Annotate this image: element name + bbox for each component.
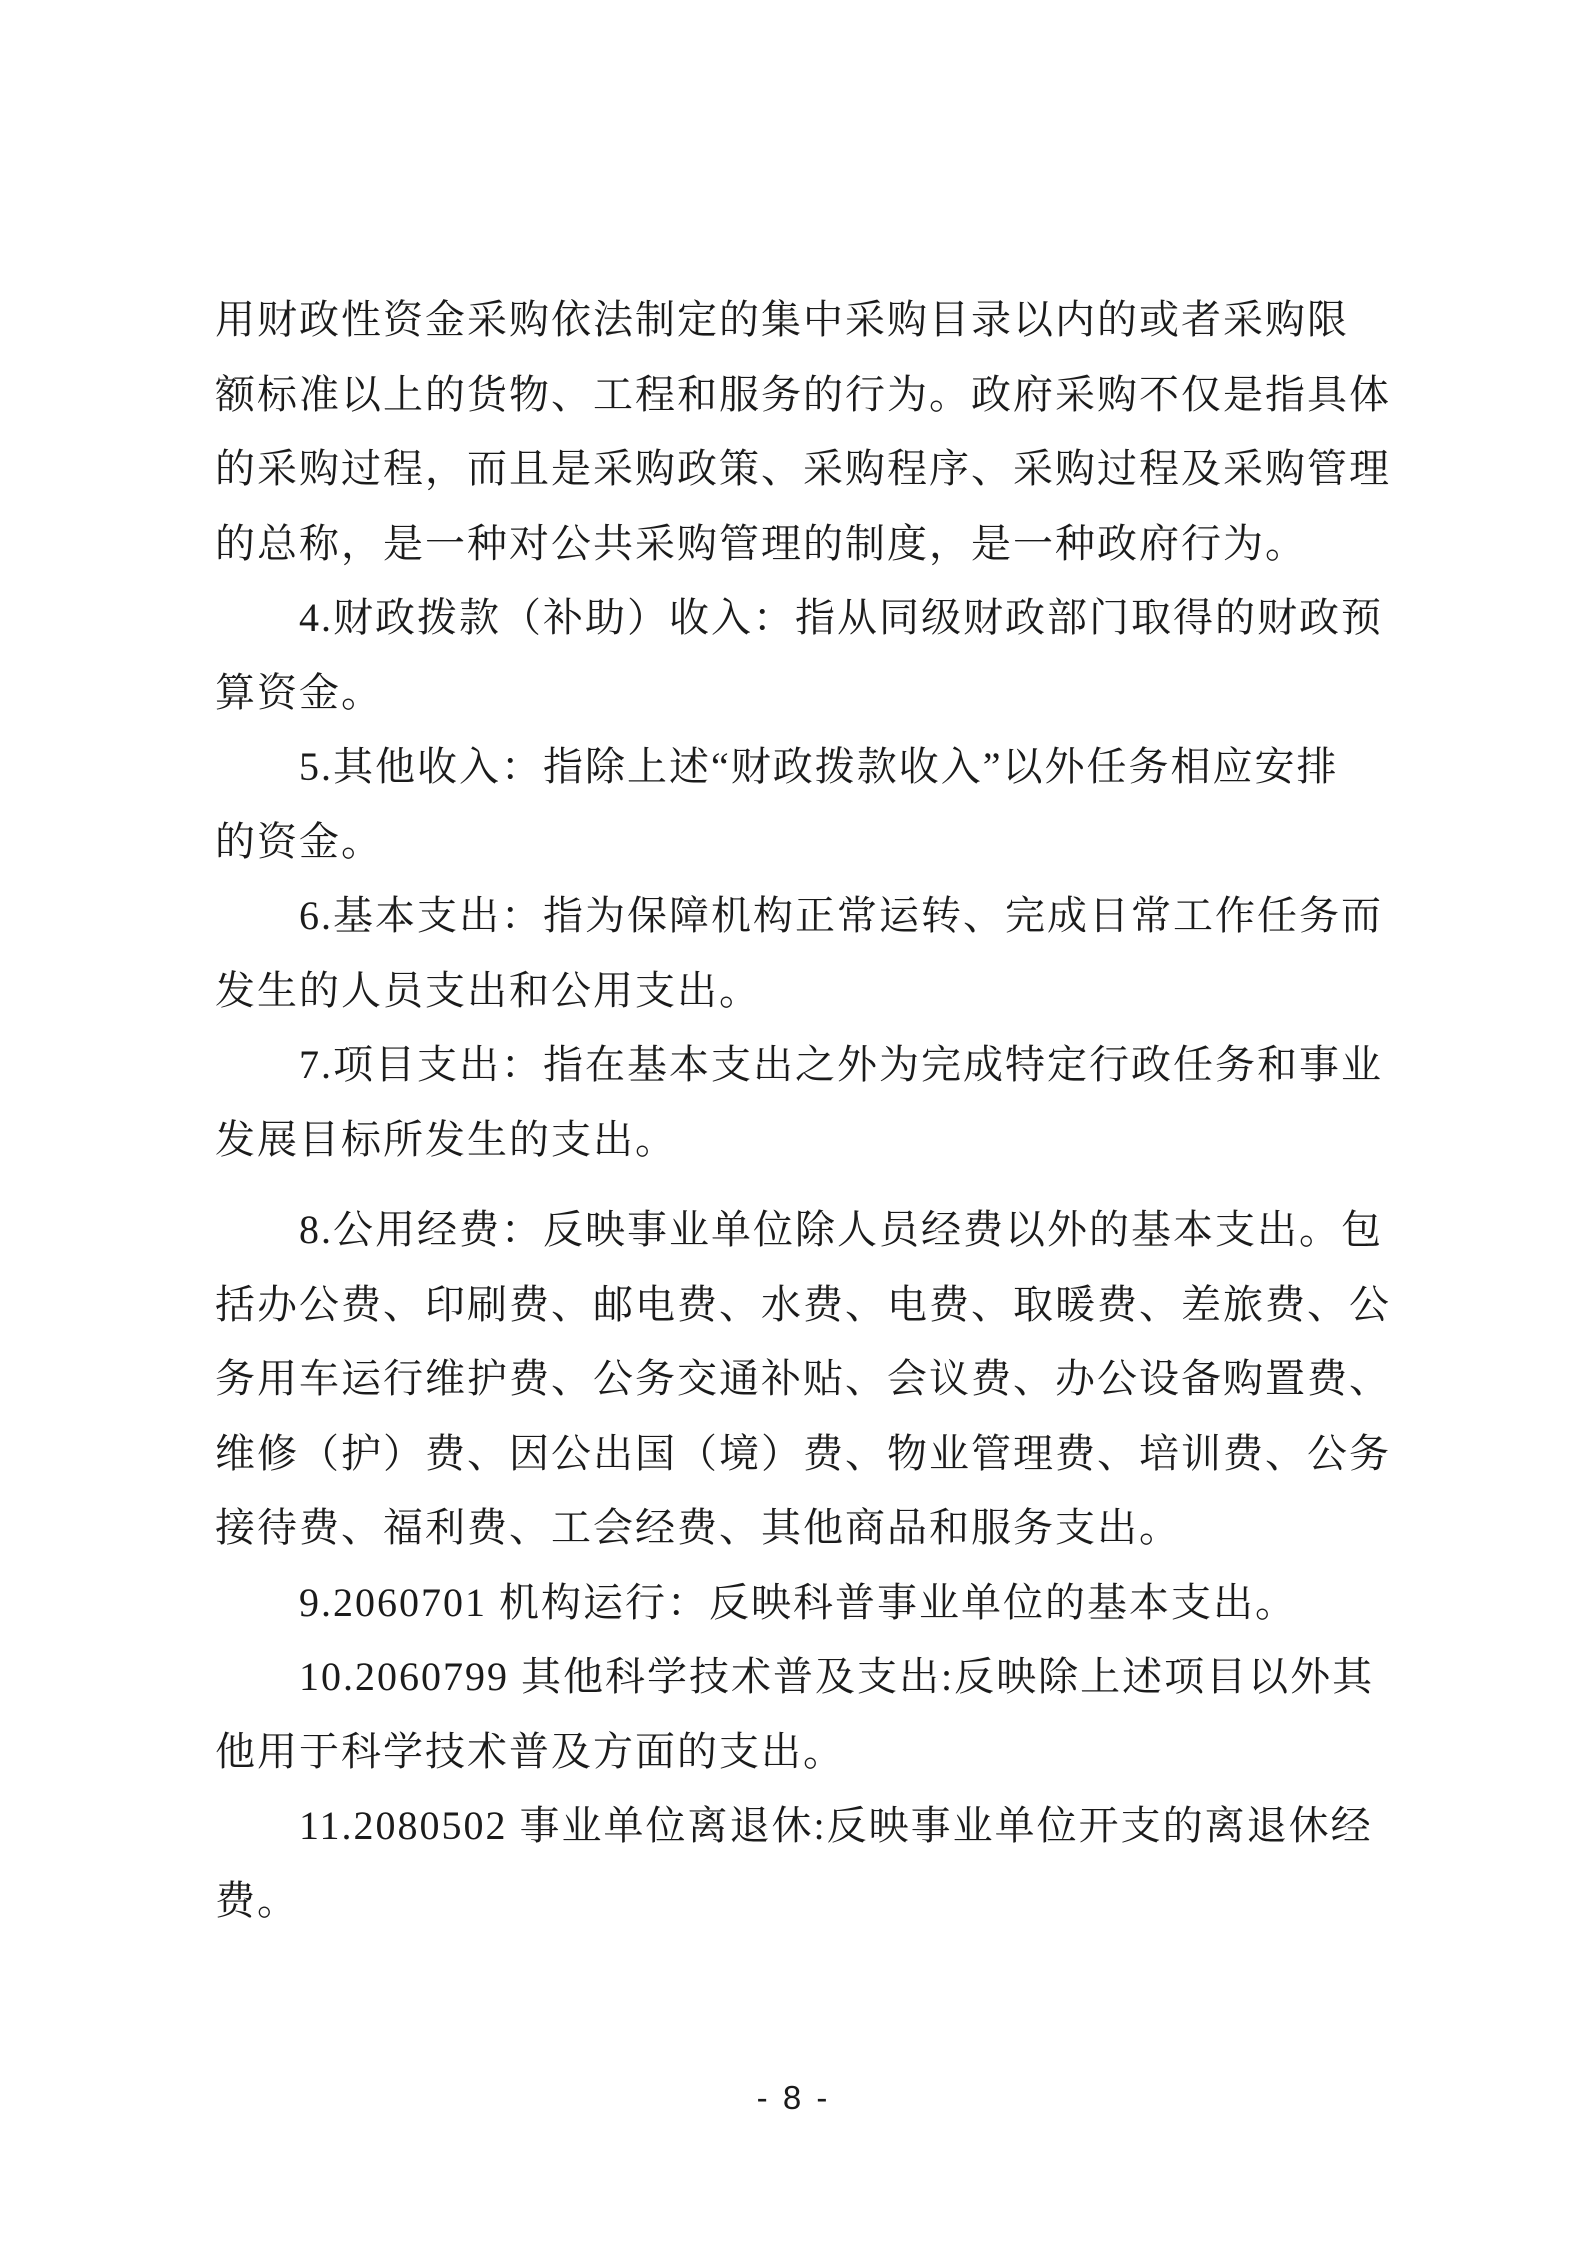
page-number: - 8 - [757,2079,831,2116]
text-line: 算资金。 [215,656,1455,731]
text-line: 接待费、福利费、工会经费、其他商品和服务支出。 [215,1491,1455,1566]
paragraph: 6.基本支出：指为保障机构正常运转、完成日常工作任务而发生的人员支出和公用支出。 [215,879,1455,1028]
page-footer: - 8 - [0,2078,1587,2118]
text-line: 9.2060701 机构运行：反映科普事业单位的基本支出。 [215,1566,1455,1641]
text-line: 的采购过程，而且是采购政策、采购程序、采购过程及采购管理 [215,432,1455,507]
paragraph: 8.公用经费：反映事业单位除人员经费以外的基本支出。包括办公费、印刷费、邮电费、… [215,1193,1455,1566]
text-line: 维修（护）费、因公出国（境）费、物业管理费、培训费、公务 [215,1417,1455,1492]
paragraph: 9.2060701 机构运行：反映科普事业单位的基本支出。 [215,1566,1455,1641]
text-line: 务用车运行维护费、公务交通补贴、会议费、办公设备购置费、 [215,1342,1455,1417]
paragraph: 11.2080502 事业单位离退休:反映事业单位开支的离退休经费。 [215,1789,1455,1938]
text-line: 额标准以上的货物、工程和服务的行为。政府采购不仅是指具体 [215,358,1455,433]
text-line: 8.公用经费：反映事业单位除人员经费以外的基本支出。包 [215,1193,1455,1268]
document-body: 用财政性资金采购依法制定的集中采购目录以内的或者采购限额标准以上的货物、工程和服… [215,283,1455,1938]
text-line: 6.基本支出：指为保障机构正常运转、完成日常工作任务而 [215,879,1455,954]
text-line: 费。 [215,1864,1455,1939]
text-line: 11.2080502 事业单位离退休:反映事业单位开支的离退休经 [215,1789,1455,1864]
text-line: 4.财政拨款（补助）收入：指从同级财政部门取得的财政预 [215,581,1455,656]
paragraph: 5.其他收入：指除上述“财政拨款收入”以外任务相应安排的资金。 [215,730,1455,879]
text-line: 的资金。 [215,805,1455,880]
text-line: 他用于科学技术普及方面的支出。 [215,1715,1455,1790]
document-page: 用财政性资金采购依法制定的集中采购目录以内的或者采购限额标准以上的货物、工程和服… [0,0,1587,2245]
text-line: 5.其他收入：指除上述“财政拨款收入”以外任务相应安排 [215,730,1455,805]
paragraph: 用财政性资金采购依法制定的集中采购目录以内的或者采购限额标准以上的货物、工程和服… [215,283,1455,581]
text-line: 10.2060799 其他科学技术普及支出:反映除上述项目以外其 [215,1640,1455,1715]
text-line: 发展目标所发生的支出。 [215,1103,1455,1178]
paragraph: 7.项目支出：指在基本支出之外为完成特定行政任务和事业发展目标所发生的支出。 [215,1028,1455,1177]
text-line: 括办公费、印刷费、邮电费、水费、电费、取暖费、差旅费、公 [215,1268,1455,1343]
text-line: 7.项目支出：指在基本支出之外为完成特定行政任务和事业 [215,1028,1455,1103]
text-line: 用财政性资金采购依法制定的集中采购目录以内的或者采购限 [215,283,1455,358]
paragraph: 10.2060799 其他科学技术普及支出:反映除上述项目以外其他用于科学技术普… [215,1640,1455,1789]
text-line: 发生的人员支出和公用支出。 [215,954,1455,1029]
paragraph: 4.财政拨款（补助）收入：指从同级财政部门取得的财政预算资金。 [215,581,1455,730]
text-line: 的总称，是一种对公共采购管理的制度，是一种政府行为。 [215,507,1455,582]
